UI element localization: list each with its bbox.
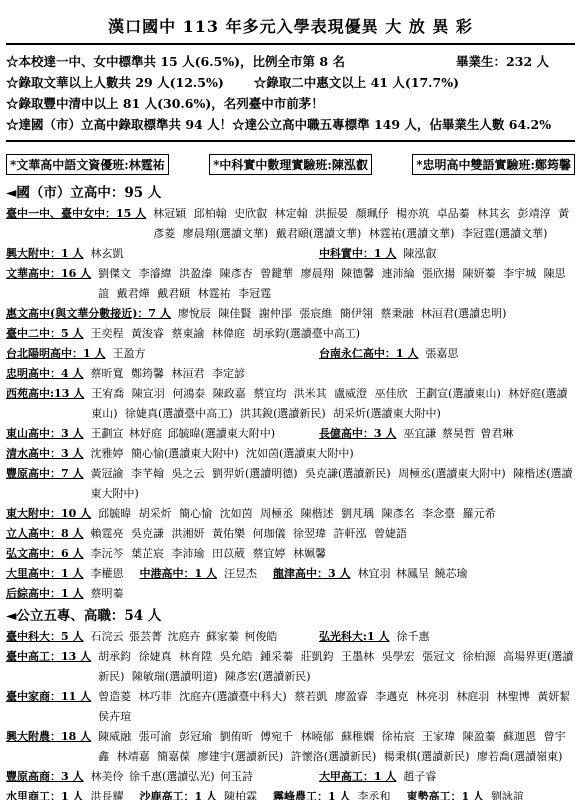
student-names: 趙子睿: [403, 767, 436, 787]
student-names: 汪昱杰: [224, 564, 257, 584]
school-label: 台南永仁高中：1 人: [319, 344, 418, 364]
school-label: 興大附農：18 人: [6, 727, 91, 767]
school-entry: 龍津高中：3 人林宜羽 林鳳呈 饒芯瑜: [273, 564, 467, 584]
school-entry: 中港高中：1 人汪昱杰: [139, 564, 256, 584]
school-row: 立人高中：8 人賴霆亮 吳克謙 洪湘妍 黃佑樂 何珈儀 徐翌瑋 許軒泓 曾婕語: [6, 524, 575, 544]
school-label: 興大附中：1 人: [6, 244, 83, 264]
school-entry: 文華高中：16 人劉傑文 李濬緯 洪盈溱 陳彥杏 曾鍵華 廖晨翔 陳德馨 連沛綸…: [6, 264, 575, 304]
school-label: 后綜高中：1 人: [6, 584, 83, 604]
student-names: 蔡明蓁: [90, 584, 123, 604]
summary-row-4: ☆達國（市）立高中錄取標準共 94 人！☆達公立高中職五專標準 149 人，佔畢…: [6, 114, 575, 135]
student-names: 陳柏霖: [224, 787, 257, 800]
summary-row-1: ☆本校達一中、女中標準共 15 人(6.5%)，比例全市第 8 名 畢業生：23…: [6, 51, 575, 72]
summary-public: ☆達國（市）立高中錄取標準共 94 人！☆達公立高中職五專標準 149 人，佔畢…: [6, 114, 551, 135]
school-entry: 霧峰農工：1 人李丞和: [273, 787, 390, 800]
student-names: 王劃宣 林妤庭 邱毓暐(選讀東大附中): [90, 424, 275, 444]
student-names: 林冠穎 邱柏翰 史欣叡 林定翰 洪振晏 顏珮伃 楊亦筑 卓品蓁 林其玄 彭靖淳 …: [153, 204, 575, 244]
school-entry: 豐原高商：3 人林美伶 徐千惠(選讀弘光) 何玉詩: [6, 767, 319, 787]
school-row: 東山高中：3 人王劃宣 林妤庭 邱毓暐(選讀東大附中)長億高中：3 人巫宜謙 蔡…: [6, 424, 575, 444]
student-names: 石浣云 張芸菁 沈庭卉 蘇家蓁 柯俊皓: [90, 627, 277, 647]
school-label: 東山高中：3 人: [6, 424, 83, 444]
school-label: 惠文高中(與文華分數接近)：7 人: [6, 304, 171, 324]
school-label: 文華高中：16 人: [6, 264, 91, 304]
school-label: 臺中科大：5 人: [6, 627, 83, 647]
student-names: 王盈方: [112, 344, 145, 364]
student-names: 劉詠誼: [491, 787, 524, 800]
student-names: 李沅芩 葉芷宸 李沛瑜 田苡葳 蔡宜婷 林姵馨: [90, 544, 325, 564]
document-page: 漢口國中 113 年多元入學表現優異 大 放 異 彩 ☆本校達一中、女中標準共 …: [0, 0, 581, 800]
summary-wenhua: ☆錄取文華以上人數共 29 人(12.5%): [6, 72, 224, 93]
school-entry: 清水高中：3 人沈雅婷 簡心愉(選讀東大附中) 沈如茵(選讀東大附中): [6, 444, 354, 464]
school-label: 長億高中：3 人: [319, 424, 396, 444]
school-row: 臺中高工：13 人胡承鈞 徐婕真 林育陞 吳允皓 鍾采蓁 莊凱鈞 王墨林 吳學宏…: [6, 647, 575, 687]
school-entry: 臺中二中：5 人王奕程 黃浚睿 蔡東諭 林偉庭 胡承鈞(選讀臺中高工): [6, 324, 360, 344]
student-names: 李權恩: [90, 564, 123, 584]
school-entry: 立人高中：8 人賴霆亮 吳克謙 洪湘妍 黃佑樂 何珈儀 徐翌瑋 許軒泓 曾婕語: [6, 524, 407, 544]
school-label: 水里商工：1 人: [6, 787, 83, 800]
summary-standards: ☆本校達一中、女中標準共 15 人(6.5%)，比例全市第 8 名: [6, 51, 345, 72]
school-label: 台北陽明高中：1 人: [6, 344, 105, 364]
student-names: 劉傑文 李濬緯 洪盈溱 陳彥杏 曾鍵華 廖晨翔 陳德馨 連沛綸 張欣揚 陳妍蓁 …: [98, 264, 575, 304]
school-label: 中科實中：1 人: [319, 244, 396, 264]
school-label: 臺中一中、臺中女中：15 人: [6, 204, 146, 244]
school-row: 大里高中：1 人李權恩中港高中：1 人汪昱杰龍津高中：3 人林宜羽 林鳳呈 饒芯…: [6, 564, 575, 584]
student-names: 林美伶 徐千惠(選讀弘光) 何玉詩: [90, 767, 253, 787]
student-names: 張嘉思: [425, 344, 458, 364]
student-names: 徐千惠: [396, 627, 429, 647]
school-entry: 東山高中：3 人王劃宣 林妤庭 邱毓暐(選讀東大附中): [6, 424, 319, 444]
school-label: 大里高中：1 人: [6, 564, 83, 584]
school-entry: 大里高中：1 人李權恩: [6, 564, 123, 584]
special-class-box: *忠明高中雙語實驗班:鄭筠馨: [412, 154, 575, 175]
school-row: 興大附農：18 人陳威融 張可渝 彭冠瑜 劉侑昕 傅宛千 林曉郁 蘇稚嫻 徐祐宸…: [6, 727, 575, 767]
school-entry: 惠文高中(與文華分數接近)：7 人廖悅辰 陳佳賢 謝仲郘 張宸維 簡伊翎 蔡秉融…: [6, 304, 506, 324]
school-entry: 臺中家商：11 人曾造菱 林巧菲 沈庭卉(選讀臺中科大) 蔡若凱 廖盈睿 李邁克…: [6, 687, 575, 727]
page-title: 漢口國中 113 年多元入學表現優異 大 放 異 彩: [6, 14, 575, 37]
section-heading: ◄公立五專、高職：54 人: [6, 606, 575, 626]
graduate-count: 畢業生：232 人: [456, 51, 549, 72]
school-sections: ◄國（市）立高中：95 人臺中一中、臺中女中：15 人林冠穎 邱柏翰 史欣叡 林…: [6, 183, 575, 800]
school-row: 西苑高中:13 人王宥喬 陳宣羽 何鴻泰 陳政嘉 蔡宜均 洪米其 盧威澄 巫佳欣…: [6, 384, 575, 424]
divider-middle: [6, 140, 575, 142]
school-label: 清水高中：3 人: [6, 444, 83, 464]
student-names: 林宜羽 林鳳呈 饒芯瑜: [357, 564, 467, 584]
school-row: 臺中科大：5 人石浣云 張芸菁 沈庭卉 蘇家蓁 柯俊皓弘光科大:1 人徐千惠: [6, 627, 575, 647]
student-names: 胡承鈞 徐婕真 林育陞 吳允皓 鍾采蓁 莊凱鈞 王墨林 吳學宏 張冠文 徐柏源 …: [98, 647, 575, 687]
school-entry: 大甲高工：1 人趙子睿: [319, 767, 575, 787]
student-names: 洪長耀: [90, 787, 123, 800]
student-names: 李丞和: [357, 787, 390, 800]
school-label: 東大附中：10 人: [6, 504, 91, 524]
school-entry: 台北陽明高中：1 人王盈方: [6, 344, 319, 364]
school-entry: 水里商工：1 人洪長耀: [6, 787, 123, 800]
school-entry: 沙鹿高工：1 人陳柏霖: [139, 787, 256, 800]
student-names: 巫宜謙 蔡昊哲 曾君琳: [403, 424, 513, 444]
school-label: 臺中家商：11 人: [6, 687, 91, 727]
school-row: 豐原高商：3 人林美伶 徐千惠(選讀弘光) 何玉詩大甲高工：1 人趙子睿: [6, 767, 575, 787]
school-entry: 弘文高中：6 人李沅芩 葉芷宸 李沛瑜 田苡葳 蔡宜婷 林姵馨: [6, 544, 326, 564]
student-names: 邱毓暐 胡采炘 簡心愉 沈如茵 周極丞 陳楷述 劉芃瑀 陳彥名 李念臺 羅元希: [98, 504, 495, 524]
school-label: 弘文高中：6 人: [6, 544, 83, 564]
student-names: 曾造菱 林巧菲 沈庭卉(選讀臺中科大) 蔡若凱 廖盈睿 李邁克 林亮羽 林庭羽 …: [98, 687, 575, 727]
student-names: 賴霆亮 吳克謙 洪湘妍 黃佑樂 何珈儀 徐翌瑋 許軒泓 曾婕語: [90, 524, 406, 544]
school-label: 臺中二中：5 人: [6, 324, 83, 344]
school-row: 臺中一中、臺中女中：15 人林冠穎 邱柏翰 史欣叡 林定翰 洪振晏 顏珮伃 楊亦…: [6, 204, 575, 244]
school-label: 大甲高工：1 人: [319, 767, 396, 787]
school-entry: 興大附農：18 人陳威融 張可渝 彭冠瑜 劉侑昕 傅宛千 林曉郁 蘇稚嫻 徐祐宸…: [6, 727, 575, 767]
school-entry: 后綜高中：1 人蔡明蓁: [6, 584, 123, 604]
school-entry: 弘光科大:1 人徐千惠: [319, 627, 575, 647]
school-entry: 豐原高中：7 人黃冠諭 李芊翰 吳之云 劉羿妡(選讀明德) 吳克謙(選讀新民) …: [6, 464, 575, 504]
school-entry: 東勢高工：1 人劉詠誼: [406, 787, 523, 800]
summary-row-2: ☆錄取文華以上人數共 29 人(12.5%) ☆錄取二中惠文以上 41 人(17…: [6, 72, 575, 93]
school-row: 清水高中：3 人沈雅婷 簡心愉(選讀東大附中) 沈如茵(選讀東大附中): [6, 444, 575, 464]
student-names: 蔡昕寬 鄭筠馨 林洹君 李定諺: [90, 364, 245, 384]
school-row: 興大附中：1 人林玄凱中科實中：1 人陳泓叡: [6, 244, 575, 264]
school-entry: 東大附中：10 人邱毓暐 胡采炘 簡心愉 沈如茵 周極丞 陳楷述 劉芃瑀 陳彥名…: [6, 504, 496, 524]
school-label: 忠明高中：4 人: [6, 364, 83, 384]
student-names: 王奕程 黃浚睿 蔡東諭 林偉庭 胡承鈞(選讀臺中高工): [90, 324, 360, 344]
student-names: 王宥喬 陳宣羽 何鴻泰 陳政嘉 蔡宜均 洪米其 盧威澄 巫佳欣 王劃宣(選讀東山…: [91, 384, 575, 424]
summary-erzhong: ☆錄取二中惠文以上 41 人(17.7%): [254, 72, 459, 93]
student-names: 陳威融 張可渝 彭冠瑜 劉侑昕 傅宛千 林曉郁 蘇稚嫻 徐祐宸 王家瑋 陳盈蓁 …: [98, 727, 575, 767]
special-class-box: *文華高中語文資優班:林霆祐: [6, 154, 169, 175]
school-row: 豐原高中：7 人黃冠諭 李芊翰 吳之云 劉羿妡(選讀明德) 吳克謙(選讀新民) …: [6, 464, 575, 504]
school-entry: 興大附中：1 人林玄凱: [6, 244, 319, 264]
school-entry: 長億高中：3 人巫宜謙 蔡昊哲 曾君琳: [319, 424, 575, 444]
school-entry: 西苑高中:13 人王宥喬 陳宣羽 何鴻泰 陳政嘉 蔡宜均 洪米其 盧威澄 巫佳欣…: [6, 384, 575, 424]
school-label: 臺中高工：13 人: [6, 647, 91, 687]
school-row: 文華高中：16 人劉傑文 李濬緯 洪盈溱 陳彥杏 曾鍵華 廖晨翔 陳德馨 連沛綸…: [6, 264, 575, 304]
school-row: 弘文高中：6 人李沅芩 葉芷宸 李沛瑜 田苡葳 蔡宜婷 林姵馨: [6, 544, 575, 564]
school-label: 沙鹿高工：1 人: [139, 787, 216, 800]
school-entry: 臺中高工：13 人胡承鈞 徐婕真 林育陞 吳允皓 鍾采蓁 莊凱鈞 王墨林 吳學宏…: [6, 647, 575, 687]
school-row: 東大附中：10 人邱毓暐 胡采炘 簡心愉 沈如茵 周極丞 陳楷述 劉芃瑀 陳彥名…: [6, 504, 575, 524]
school-entry: 中科實中：1 人陳泓叡: [319, 244, 575, 264]
school-entry: 台南永仁高中：1 人張嘉思: [319, 344, 575, 364]
school-row: 惠文高中(與文華分數接近)：7 人廖悅辰 陳佳賢 謝仲郘 張宸維 簡伊翎 蔡秉融…: [6, 304, 575, 324]
school-label: 霧峰農工：1 人: [273, 787, 350, 800]
divider-top: [6, 43, 575, 45]
school-entry: 忠明高中：4 人蔡昕寬 鄭筠馨 林洹君 李定諺: [6, 364, 245, 384]
student-names: 黃冠諭 李芊翰 吳之云 劉羿妡(選讀明德) 吳克謙(選讀新民) 周極丞(選讀東大…: [90, 464, 575, 504]
school-row: 水里商工：1 人洪長耀沙鹿高工：1 人陳柏霖霧峰農工：1 人李丞和東勢高工：1 …: [6, 787, 575, 800]
school-label: 東勢高工：1 人: [406, 787, 483, 800]
school-label: 豐原高中：7 人: [6, 464, 83, 504]
student-names: 陳泓叡: [403, 244, 436, 264]
student-names: 沈雅婷 簡心愉(選讀東大附中) 沈如茵(選讀東大附中): [90, 444, 353, 464]
student-names: 林玄凱: [90, 244, 123, 264]
special-class-boxes: *文華高中語文資優班:林霆祐 *中科實中數理實驗班:陳泓叡 *忠明高中雙語實驗班…: [6, 154, 575, 175]
school-row: 忠明高中：4 人蔡昕寬 鄭筠馨 林洹君 李定諺: [6, 364, 575, 384]
school-row: 后綜高中：1 人蔡明蓁: [6, 584, 575, 604]
school-entry: 臺中一中、臺中女中：15 人林冠穎 邱柏翰 史欣叡 林定翰 洪振晏 顏珮伃 楊亦…: [6, 204, 575, 244]
school-entry: 臺中科大：5 人石浣云 張芸菁 沈庭卉 蘇家蓁 柯俊皓: [6, 627, 319, 647]
summary-fengzhong: ☆錄取豐中清中以上 81 人(30.6%)，名列臺中市前茅！: [6, 93, 324, 114]
student-names: 廖悅辰 陳佳賢 謝仲郘 張宸維 簡伊翎 蔡秉融 林洹君(選讀忠明): [178, 304, 507, 324]
school-label: 西苑高中:13 人: [6, 384, 84, 424]
school-label: 龍津高中：3 人: [273, 564, 350, 584]
section-heading: ◄國（市）立高中：95 人: [6, 183, 575, 203]
school-label: 立人高中：8 人: [6, 524, 83, 544]
school-row: 臺中家商：11 人曾造菱 林巧菲 沈庭卉(選讀臺中科大) 蔡若凱 廖盈睿 李邁克…: [6, 687, 575, 727]
school-label: 豐原高商：3 人: [6, 767, 83, 787]
summary-block: ☆本校達一中、女中標準共 15 人(6.5%)，比例全市第 8 名 畢業生：23…: [6, 51, 575, 135]
summary-row-3: ☆錄取豐中清中以上 81 人(30.6%)，名列臺中市前茅！: [6, 93, 575, 114]
school-row: 臺中二中：5 人王奕程 黃浚睿 蔡東諭 林偉庭 胡承鈞(選讀臺中高工): [6, 324, 575, 344]
school-label: 弘光科大:1 人: [319, 627, 390, 647]
school-row: 台北陽明高中：1 人王盈方台南永仁高中：1 人張嘉思: [6, 344, 575, 364]
school-label: 中港高中：1 人: [139, 564, 216, 584]
special-class-box: *中科實中數理實驗班:陳泓叡: [209, 154, 372, 175]
